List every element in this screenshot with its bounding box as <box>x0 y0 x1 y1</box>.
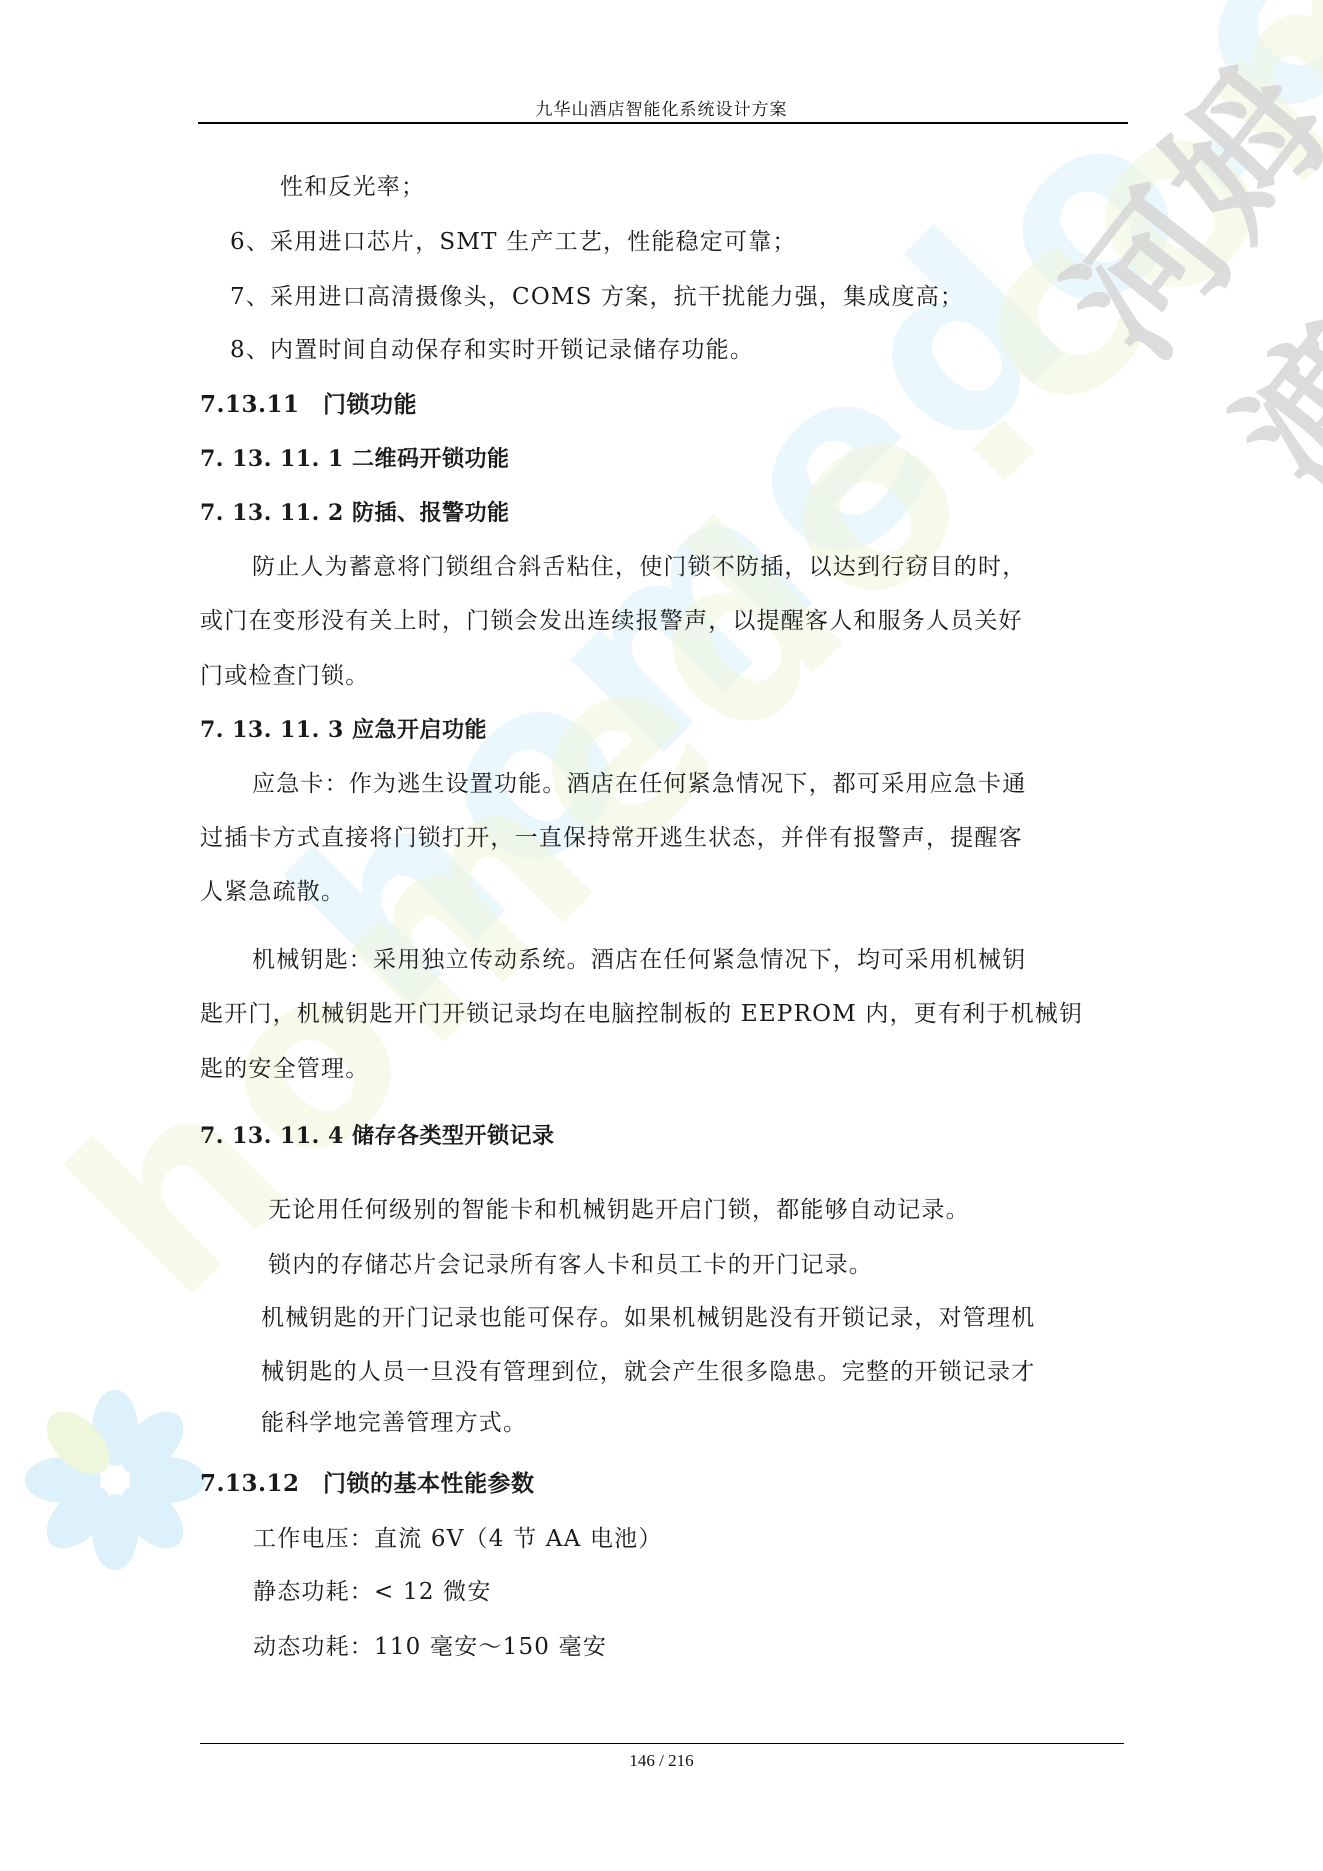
list-item-continuation: 性和反光率； <box>280 172 425 202</box>
paragraph-line: 械钥匙的人员一旦没有管理到位，就会产生很多隐患。完整的开锁记录才 <box>261 1357 1035 1387</box>
heading-7-13-11-4: 7. 13. 11. 4 储存各类型开锁记录 <box>200 1121 554 1151</box>
heading-7-13-11-2: 7. 13. 11. 2 防插、报警功能 <box>200 498 509 528</box>
page-number: 146 / 216 <box>0 1751 1323 1771</box>
paragraph-line: 锁内的存储芯片会记录所有客人卡和员工卡的开门记录。 <box>268 1250 873 1280</box>
list-item-6: 6、采用进口芯片，SMT 生产工艺，性能稳定可靠； <box>230 227 797 257</box>
paragraph-line: 门或检查门锁。 <box>200 661 369 691</box>
paragraph-line: 匙开门，机械钥匙开门开锁记录均在电脑控制板的 EEPROM 内，更有利于机械钥 <box>200 999 1083 1029</box>
paragraph-line: 应急卡：作为逃生设置功能。酒店在任何紧急情况下，都可采用应急卡通 <box>252 769 1026 799</box>
paragraph-line: 机械钥匙：采用独立传动系统。酒店在任何紧急情况下，均可采用机械钥 <box>252 945 1026 975</box>
param-dynamic-power: 动态功耗：110 毫安～150 毫安 <box>253 1632 607 1662</box>
paragraph-line: 人紧急疏散。 <box>200 877 345 907</box>
paragraph-line: 机械钥匙的开门记录也能可保存。如果机械钥匙没有开锁记录，对管理机 <box>261 1303 1035 1333</box>
paragraph-line: 能科学地完善管理方式。 <box>261 1408 527 1438</box>
heading-7-13-11-1: 7. 13. 11. 1 二维码开锁功能 <box>200 444 509 474</box>
list-item-7: 7、采用进口高清摄像头，COMS 方案，抗干扰能力强，集成度高； <box>230 282 964 312</box>
watermark-hemudu: 河姆渡 <box>1010 13 1323 526</box>
paragraph-line: 无论用任何级别的智能卡和机械钥匙开启门锁，都能够自动记录。 <box>268 1195 970 1225</box>
heading-7-13-11: 7.13.11 门锁功能 <box>200 390 417 420</box>
list-item-8: 8、内置时间自动保存和实时开锁记录储存功能。 <box>230 335 754 365</box>
param-working-voltage: 工作电压：直流 6V（4 节 AA 电池） <box>253 1524 663 1554</box>
document-page: homedo.com homedo.com 河姆渡 九华山酒店智能化系统设计方案… <box>0 0 1323 1871</box>
param-static-power: 静态功耗：< 12 微安 <box>253 1577 492 1607</box>
footer-rule <box>200 1743 1124 1744</box>
paragraph-line: 过插卡方式直接将门锁打开，一直保持常开逃生状态，并伴有报警声，提醒客 <box>200 823 1023 853</box>
paragraph-line: 或门在变形没有关上时，门锁会发出连续报警声，以提醒客人和服务人员关好 <box>200 606 1023 636</box>
heading-7-13-12: 7.13.12 门锁的基本性能参数 <box>200 1469 535 1499</box>
watermark-flower-icon <box>20 1385 210 1575</box>
watermark-homedo-blue: homedo.com <box>240 0 1323 1058</box>
header-rule <box>198 122 1128 124</box>
paragraph-line: 匙的安全管理。 <box>200 1054 369 1084</box>
heading-7-13-11-3: 7. 13. 11. 3 应急开启功能 <box>200 715 487 745</box>
paragraph-line: 防止人为蓄意将门锁组合斜舌粘住，使门锁不防插，以达到行窃目的时， <box>252 552 1026 582</box>
running-header-title: 九华山酒店智能化系统设计方案 <box>0 95 1323 120</box>
